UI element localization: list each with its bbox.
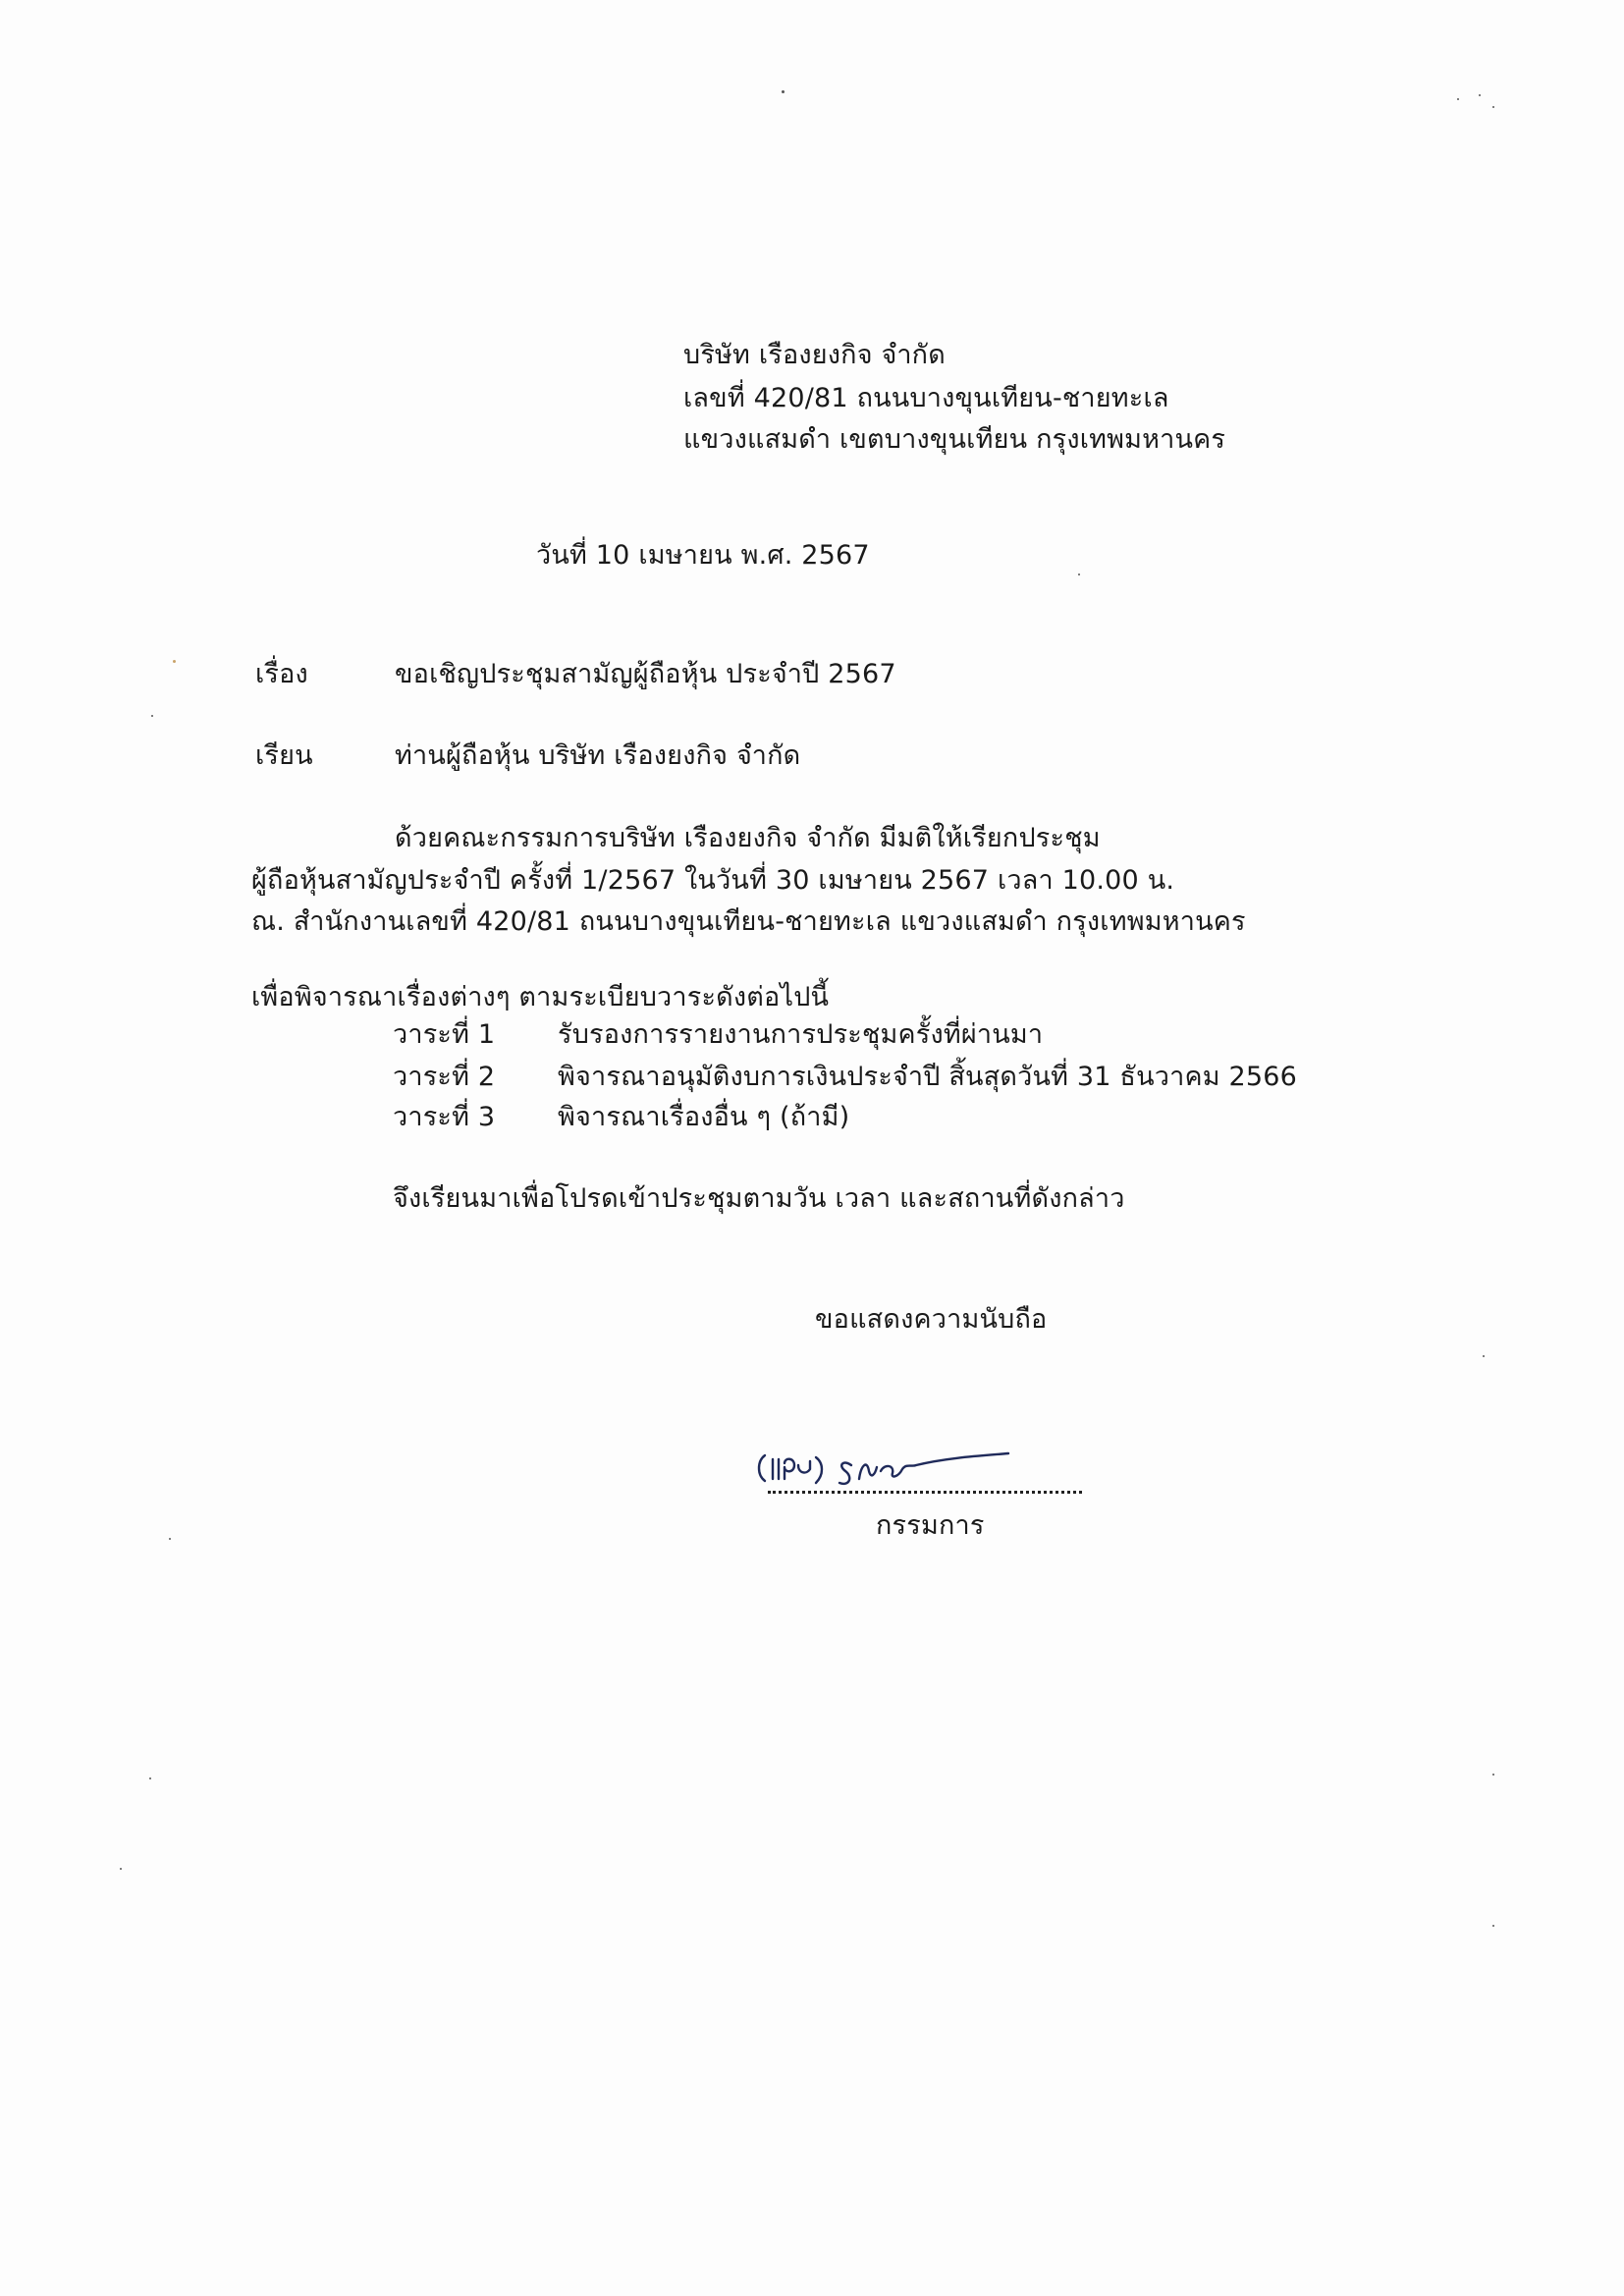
- agenda-item-label: วาระที่ 3: [393, 1104, 495, 1130]
- company-name: บริษัท เรืองยงกิจ จำกัด: [683, 342, 946, 368]
- scan-speck: [782, 90, 785, 93]
- recipient-text: ท่านผู้ถือหุ้น บริษัท เรืองยงกิจ จำกัด: [395, 742, 800, 769]
- handwritten-signature: [751, 1436, 1026, 1495]
- scan-speck: [149, 1777, 151, 1779]
- scan-speck: [169, 1538, 171, 1540]
- scan-speck: [1492, 106, 1494, 108]
- scan-speck: [120, 1868, 122, 1870]
- signer-title: กรรมการ: [876, 1512, 985, 1539]
- body-line-3: ณ. สำนักงานเลขที่ 420/81 ถนนบางขุนเทียน-…: [251, 908, 1246, 935]
- letter-page: บริษัท เรืองยงกิจ จำกัด เลขที่ 420/81 ถน…: [0, 0, 1624, 2296]
- closing-request: จึงเรียนมาเพื่อโปรดเข้าประชุมตามวัน เวลา…: [393, 1185, 1125, 1212]
- subject-text: ขอเชิญประชุมสามัญผู้ถือหุ้น ประจำปี 2567: [395, 661, 896, 687]
- scan-speck: [1483, 1355, 1485, 1357]
- scan-speck: [173, 660, 176, 663]
- agenda-item-label: วาระที่ 2: [393, 1064, 495, 1090]
- scan-speck: [1457, 98, 1459, 100]
- scan-speck: [1479, 94, 1481, 96]
- scan-speck: [1492, 1925, 1494, 1927]
- letter-date: วันที่ 10 เมษายน พ.ศ. 2567: [536, 542, 870, 569]
- agenda-item-label: วาระที่ 1: [393, 1021, 495, 1048]
- agenda-item-text: พิจารณาอนุมัติงบการเงินประจำปี สิ้นสุดวั…: [558, 1064, 1297, 1090]
- address-line-1: เลขที่ 420/81 ถนนบางขุนเทียน-ชายทะเล: [683, 385, 1169, 411]
- scan-speck: [1078, 574, 1080, 575]
- closing-regards: ขอแสดงความนับถือ: [815, 1306, 1047, 1333]
- recipient-label: เรียน: [255, 742, 313, 769]
- address-line-2: แขวงแสมดำ เขตบางขุนเทียน กรุงเทพมหานคร: [683, 426, 1225, 453]
- body-line-1: ด้วยคณะกรรมการบริษัท เรืองยงกิจ จำกัด มี…: [395, 825, 1101, 851]
- body-line-2: ผู้ถือหุ้นสามัญประจำปี ครั้งที่ 1/2567 ใ…: [251, 867, 1174, 894]
- signature-line: [768, 1491, 1082, 1494]
- agenda-item-text: รับรองการรายงานการประชุมครั้งที่ผ่านมา: [558, 1021, 1043, 1048]
- agenda-intro: เพื่อพิจารณาเรื่องต่างๆ ตามระเบียบวาระดั…: [251, 984, 829, 1011]
- agenda-item-text: พิจารณาเรื่องอื่น ๆ (ถ้ามี): [558, 1104, 849, 1130]
- subject-label: เรื่อง: [255, 661, 308, 687]
- scan-speck: [151, 715, 153, 717]
- scan-speck: [1492, 1774, 1494, 1776]
